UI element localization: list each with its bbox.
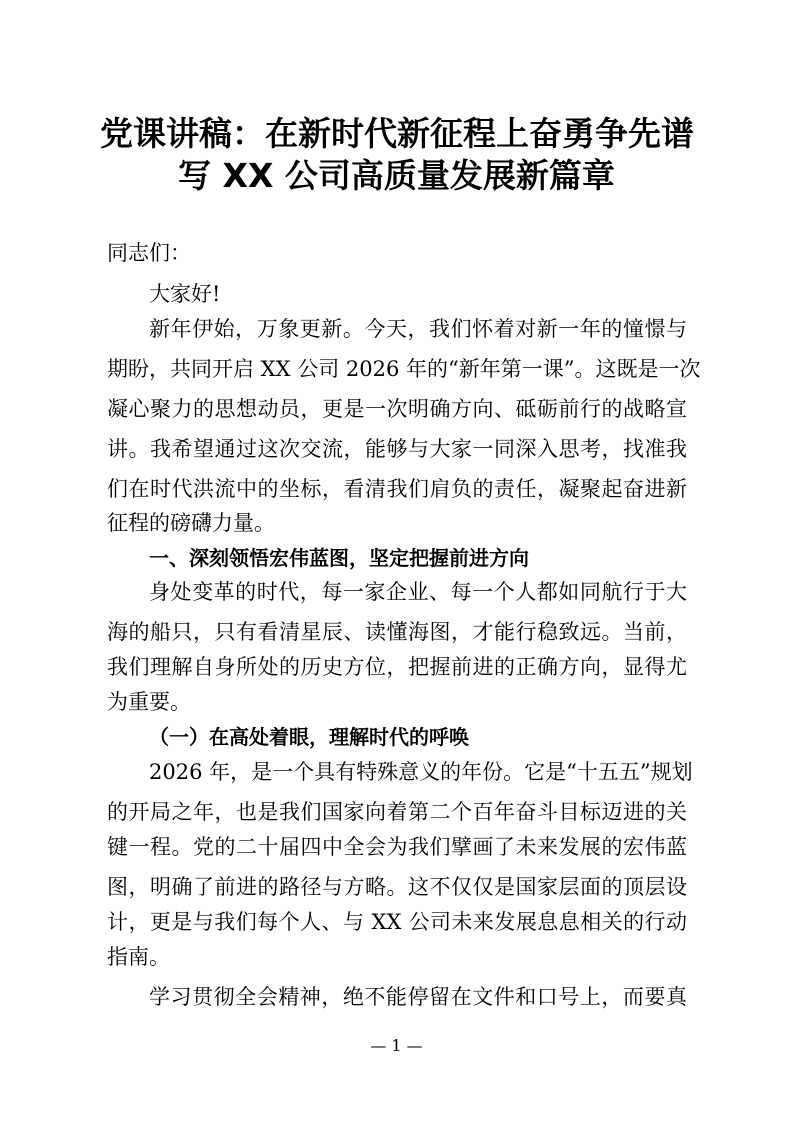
subsection-heading-1: （一）在高处着眼，理解时代的呼唤	[149, 722, 469, 752]
document-title-line-1: 党课讲稿：在新时代新征程上奋勇争先谱	[100, 112, 693, 156]
subsection-1-paragraph-line: 指南。	[107, 942, 687, 972]
intro-paragraph-line: 新年伊始，万象更新。今天，我们怀着对新一年的憧憬与	[149, 314, 687, 344]
subsection-1-paragraph-line: 的开局之年，也是我们国家向着第二个百年奋斗目标迈进的关	[107, 797, 687, 827]
subsection-1-paragraph-line: 键一程。党的二十届四中全会为我们擘画了未来发展的宏伟蓝	[107, 832, 687, 862]
section-1-paragraph-line: 我们理解自身所处的历史方位，把握前进的正确方向，显得尤	[107, 652, 687, 682]
subsection-1-paragraph-line: 计，更是与我们每个人、与 XX 公司未来发展息息相关的行动	[107, 907, 687, 937]
section-1-paragraph-line: 身处变革的时代，每一家企业、每一个人都如同航行于大	[149, 577, 687, 607]
document-page: 党课讲稿：在新时代新征程上奋勇争先谱 写 XX 公司高质量发展新篇章 同志们： …	[0, 0, 793, 1122]
section-heading-1: 一、深刻领悟宏伟蓝图，坚定把握前进方向	[149, 543, 529, 573]
last-paragraph-line: 学习贯彻全会精神，绝不能停留在文件和口号上，而要真	[149, 982, 687, 1012]
intro-paragraph-line: 期盼，共同开启 XX 公司 2026 年的“新年第一课”。这既是一次	[107, 354, 687, 384]
intro-paragraph-line: 凝心聚力的思想动员，更是一次明确方向、砥砺前行的战略宣	[107, 394, 687, 424]
page-number: — 1 —	[0, 1036, 793, 1056]
salutation: 同志们：	[107, 238, 687, 268]
intro-paragraph-line: 讲。我希望通过这次交流，能够与大家一同深入思考，找准我	[107, 434, 687, 464]
document-title-line-2: 写 XX 公司高质量发展新篇章	[100, 154, 693, 198]
section-1-paragraph-line: 为重要。	[107, 687, 687, 717]
section-1-paragraph-line: 海的船只，只有看清星辰、读懂海图，才能行稳致远。当前，	[107, 617, 687, 647]
greeting: 大家好!	[149, 279, 687, 309]
intro-paragraph-line: 们在时代洪流中的坐标，看清我们肩负的责任，凝聚起奋进新	[107, 474, 687, 504]
subsection-1-paragraph-line: 图，明确了前进的路径与方略。这不仅仅是国家层面的顶层设	[107, 872, 687, 902]
intro-paragraph-line: 征程的磅礴力量。	[107, 508, 687, 538]
subsection-1-paragraph-line: 2026 年，是一个具有特殊意义的年份。它是“十五五”规划	[149, 757, 687, 787]
